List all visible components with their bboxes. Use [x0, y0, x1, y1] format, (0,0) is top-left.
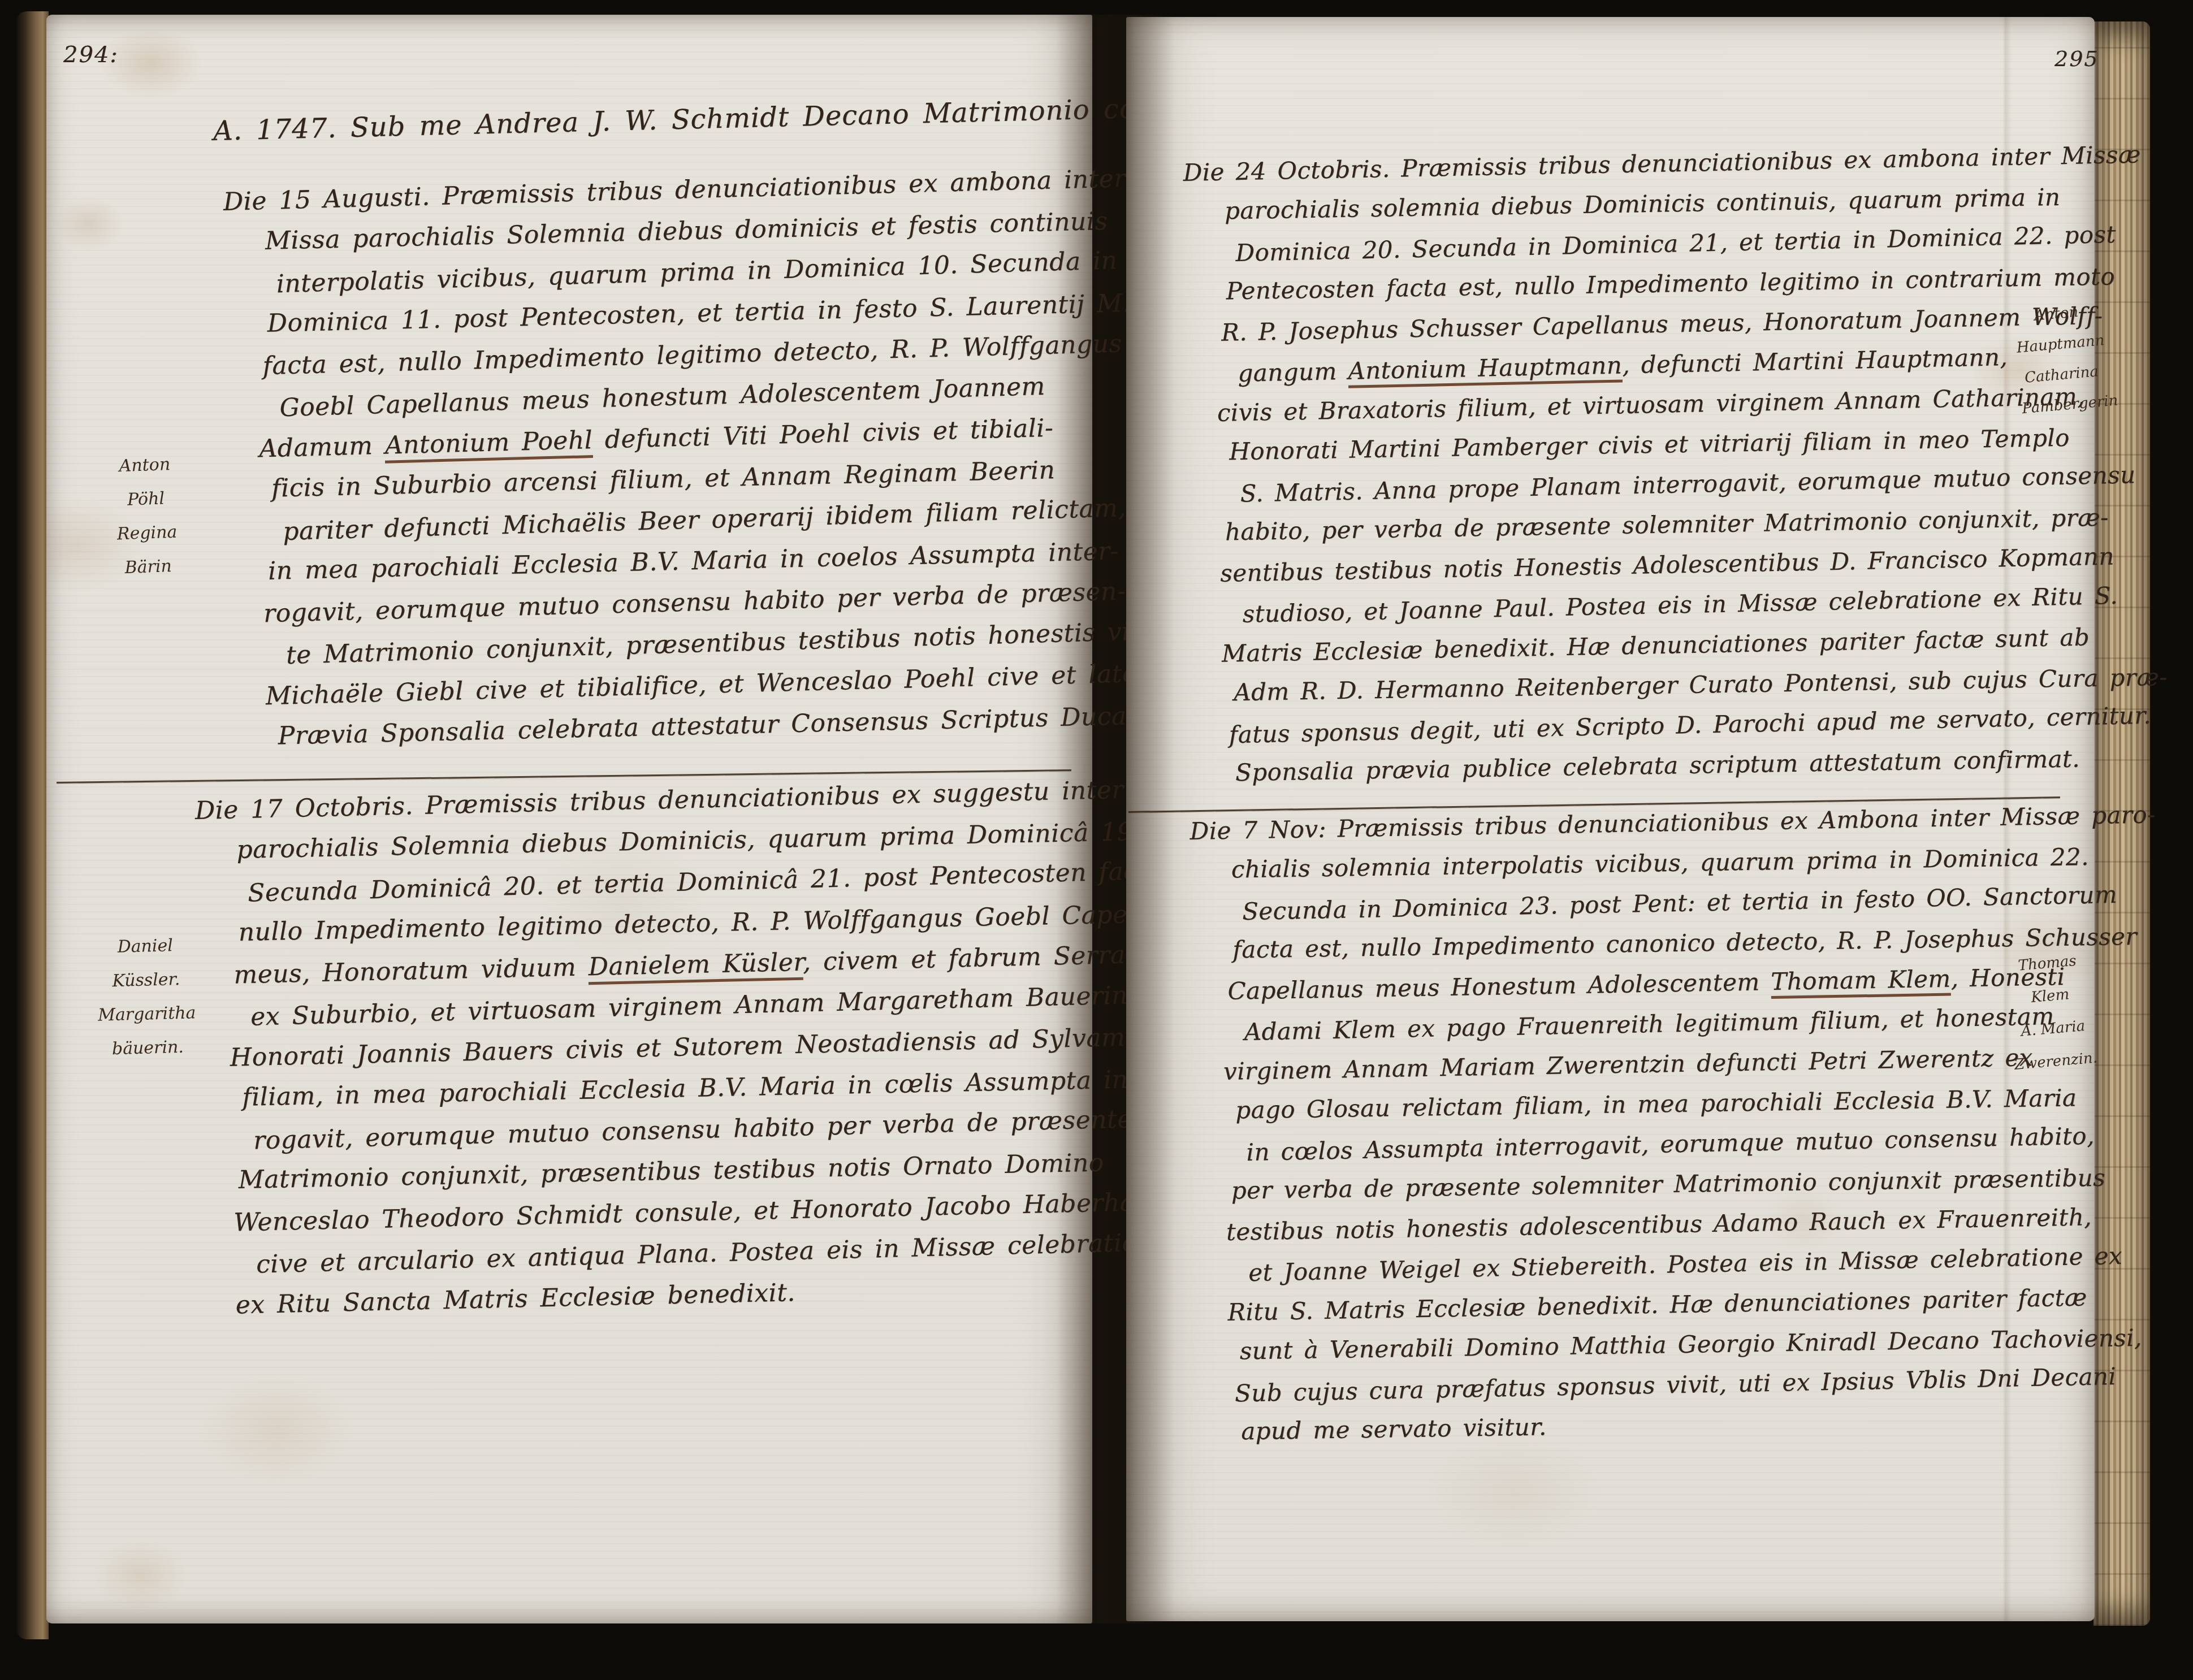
underlined-name: Thomam Klem: [1771, 965, 1951, 999]
underlined-name: Danielem Küsler: [588, 948, 803, 985]
margin-note-line: Regina: [76, 514, 218, 553]
margin-note: ThomasKlemA. MariaZwerenzin.: [2004, 943, 2100, 1081]
marriage-entry: Die 15 Augusti. Præmissis tribus denunci…: [223, 156, 1209, 759]
page-number-left: 294:: [63, 42, 119, 68]
margin-note-line: Bärin: [77, 548, 219, 587]
margin-note-line: Margaritha: [73, 995, 220, 1033]
margin-note: AntonPöhlReginaBärin: [73, 446, 219, 587]
page-number-right: 295: [2054, 46, 2099, 71]
right-page: 295 Die 24 Octobris. Præmissis tribus de…: [1126, 17, 2095, 1621]
marriage-entry: Die 24 Octobris. Præmissis tribus denunc…: [1183, 134, 2169, 795]
marriage-entry: Die 7 Nov: Præmissis tribus denunciation…: [1190, 794, 2166, 1453]
margin-note: DanielKüssler.Margarithabäuerin.: [71, 928, 222, 1067]
left-page: 294: A. 1747. Sub me Andrea J. W. Schmid…: [46, 15, 1092, 1623]
margin-note-line: Küssler.: [72, 962, 220, 999]
book-fore-edge-left: [16, 11, 49, 1639]
margin-note-line: Daniel: [71, 928, 219, 965]
register-year-heading: A. 1747. Sub me Andrea J. W. Schmidt Dec…: [213, 90, 1245, 147]
marriage-entry: Die 17 Octobris. Præmissis tribus denunc…: [194, 767, 1231, 1327]
photo-background: 294: A. 1747. Sub me Andrea J. W. Schmid…: [0, 0, 2193, 1680]
underlined-name: Antonium Hauptmann: [1348, 351, 1623, 388]
margin-note: AntonHauptmannCatharinaPambergerin: [2013, 295, 2108, 424]
margin-note-line: Pöhl: [75, 480, 217, 519]
margin-note-line: Anton: [73, 446, 216, 485]
underlined-name: Antonium Poehl: [384, 426, 593, 464]
manuscript-photo: { "book": { "description_colors": { "pap…: [0, 0, 2193, 1680]
margin-note-line: bäuerin.: [74, 1029, 222, 1067]
